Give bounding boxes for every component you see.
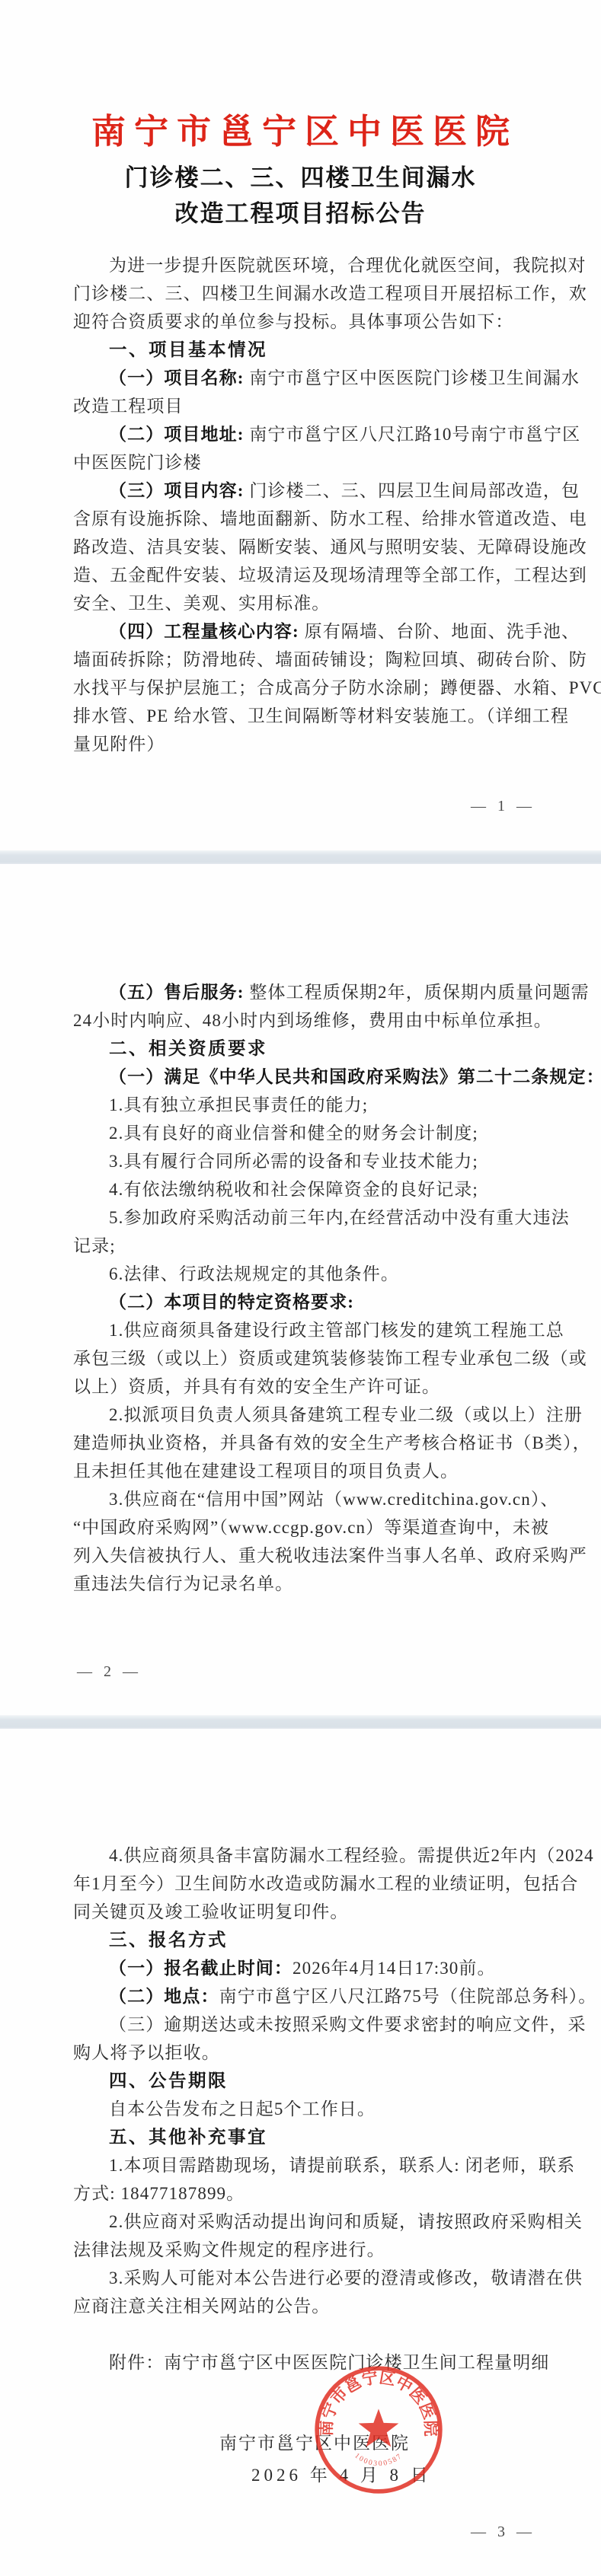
text-segment: 1.本项目需踏勘现场，请提前联系，联系人: 闭老师，联系 — [109, 2156, 575, 2175]
text-line: 五、其他补充事宜 — [73, 2123, 564, 2151]
official-red-seal-stamp: 南宁市邕宁区中医医院 1000300587 — [312, 2364, 445, 2496]
text-segment: 含原有设施拆除、墙地面翻新、防水工程、给排水管道改造、电 — [73, 509, 587, 528]
text-segment: 4.有依法缴纳税收和社会保障资金的良好记录; — [109, 1180, 478, 1199]
text-segment: 3.采购人可能对本公告进行必要的澄清或修改，敬请潜在供 — [109, 2268, 583, 2287]
text-segment: 6.法律、行政法规规定的其他条件。 — [109, 1264, 399, 1283]
hospital-letterhead-title: 南宁市邕宁区中医医院 — [0, 104, 601, 153]
svg-text:1000300587: 1000300587 — [353, 2452, 404, 2469]
text-line: 且未担任其他在建建设工程项目的项目负责人。 — [73, 1457, 564, 1485]
text-segment: 列入失信被执行人、重大税收违法案件当事人名单、政府采购严 — [73, 1546, 587, 1565]
text-line: 1.具有独立承担民事责任的能力; — [73, 1091, 564, 1119]
text-segment: 门诊楼二、三、四层卫生间局部改造，包 — [249, 481, 580, 500]
bold-label-segment: （五）售后服务: — [109, 983, 249, 1002]
text-segment: 五、其他补充事宜 — [109, 2127, 267, 2147]
text-line: 迎符合资质要求的单位参与投标。具体事项公告如下： — [73, 308, 564, 336]
text-line: 方式: 18477187899。 — [73, 2179, 564, 2208]
text-segment: 2.拟派项目负责人须具备建筑工程专业二级（或以上）注册 — [109, 1405, 583, 1424]
text-line: 改造工程项目 — [73, 392, 564, 420]
text-segment: 24小时内响应、48小时内到场维修，费用由中标单位承担。 — [73, 1011, 552, 1030]
text-line: （四）工程量核心内容: 原有隔墙、台阶、地面、洗手池、 — [73, 617, 564, 646]
text-line: 6.法律、行政法规规定的其他条件。 — [73, 1260, 564, 1288]
page1-body-text: 为进一步提升医院就医环境，合理优化就医空间，我院拟对门诊楼二、三、四楼卫生间漏水… — [73, 251, 564, 758]
page1-number: — 1 — — [471, 798, 535, 815]
text-line: 造、五金配件安装、垃圾清运及现场清理等全部工作，工程达到 — [73, 561, 564, 589]
page3-number: — 3 — — [471, 2523, 535, 2541]
text-line: 同关键页及竣工验收证明复印件。 — [73, 1898, 564, 1926]
text-line: 1.供应商须具备建设行政主管部门核发的建筑工程施工总 — [73, 1316, 564, 1344]
text-line: （三）项目内容: 门诊楼二、三、四层卫生间局部改造，包 — [73, 477, 564, 505]
announcement-title-line1: 门诊楼二、三、四楼卫生间漏水 — [0, 160, 601, 196]
page2-number: — 2 — — [77, 1663, 142, 1681]
text-line: 记录; — [73, 1232, 564, 1260]
bold-label-segment: （二）项目地址: — [109, 425, 249, 444]
bold-label-segment: （一）项目名称: — [109, 368, 249, 387]
document-page-3: 4.供应商须具备丰富防漏水工程经验。需提供近2年内（2024年1月至今）卫生间防… — [0, 1729, 601, 2576]
bold-label-segment: （二）本项目的特定资格要求: — [109, 1293, 354, 1312]
text-line: （一）项目名称: 南宁市邕宁区中医医院门诊楼卫生间漏水 — [73, 364, 564, 392]
text-line: （一）报名截止时间：2026年4月14日17:30前。 — [73, 1954, 564, 1982]
text-line: 自本公告发布之日起5个工作日。 — [73, 2095, 564, 2123]
text-line — [73, 2320, 564, 2348]
text-segment: 3.供应商在“信用中国”网站（www.creditchina.gov.cn）、 — [109, 1490, 559, 1509]
scanned-tender-document: { "doc": { "org_title": "南宁市邕宁区中医医院", "s… — [0, 0, 601, 2576]
text-line: 重违法失信行为记录名单。 — [73, 1570, 564, 1598]
text-line: 承包三级（或以上）资质或建筑装修装饰工程专业承包二级（或 — [73, 1344, 564, 1372]
bold-label-segment: （一）满足《中华人民共和国政府采购法》第二十二条规定： — [109, 1067, 601, 1086]
text-segment: 一、项目基本情况 — [109, 340, 267, 359]
signature-date-line: 2026 年 4 月 8 日 — [0, 2461, 601, 2489]
text-line: 应商注意关注相关网站的公告。 — [73, 2292, 564, 2320]
text-segment: 同关键页及竣工验收证明复印件。 — [73, 1902, 349, 1921]
text-line: （三）逾期送达或未按照采购文件要求密封的响应文件，采 — [73, 2010, 564, 2039]
text-line: 排水管、PE 给水管、卫生间隔断等材料安装施工。（详细工程 — [73, 702, 564, 730]
text-segment: 且未担任其他在建建设工程项目的项目负责人。 — [73, 1462, 459, 1481]
text-segment: 为进一步提升医院就医环境，合理优化就医空间，我院拟对 — [109, 256, 587, 275]
text-segment: 自本公告发布之日起5个工作日。 — [109, 2099, 376, 2119]
text-segment: 应商注意关注相关网站的公告。 — [73, 2297, 330, 2316]
text-segment: 2026年4月14日17:30前。 — [293, 1959, 496, 1978]
text-line: （一）满足《中华人民共和国政府采购法》第二十二条规定： — [73, 1063, 564, 1091]
text-segment: 5.参加政府采购活动前三年内,在经营活动中没有重大违法 — [109, 1208, 570, 1227]
document-page-1: 南宁市邕宁区中医医院 门诊楼二、三、四楼卫生间漏水 改造工程项目招标公告 为进一… — [0, 0, 601, 850]
text-line: 4.有依法缴纳税收和社会保障资金的良好记录; — [73, 1175, 564, 1204]
text-segment: 1.具有独立承担民事责任的能力; — [109, 1095, 368, 1114]
text-segment: 四、公告期限 — [109, 2071, 228, 2090]
text-line: 2.具有良好的商业信誉和健全的财务会计制度; — [73, 1119, 564, 1147]
text-line: （二）地点：南宁市邕宁区八尺江路75号（住院部总务科）。 — [73, 1982, 564, 2010]
text-segment: 记录; — [73, 1236, 116, 1255]
bold-label-segment: （三）项目内容: — [109, 481, 249, 500]
text-line: 以上）资质，并具有有效的安全生产许可证。 — [73, 1372, 564, 1401]
text-line: 路改造、洁具安装、隔断安装、通风与照明安装、无障碍设施改 — [73, 533, 564, 561]
text-line: 列入失信被执行人、重大税收违法案件当事人名单、政府采购严 — [73, 1541, 564, 1570]
text-segment: 中医医院门诊楼 — [73, 453, 202, 472]
text-segment: 门诊楼二、三、四楼卫生间漏水改造工程项目开展招标工作，欢 — [73, 284, 587, 303]
text-line: 量见附件） — [73, 730, 564, 758]
text-line: 年1月至今）卫生间防水改造或防漏水工程的业绩证明，包括合 — [73, 1870, 564, 1898]
text-segment: 4.供应商须具备丰富防漏水工程经验。需提供近2年内（2024 — [109, 1846, 594, 1865]
text-line: 墙面砖拆除；防滑地砖、墙面砖铺设；陶粒回填、砌砖台阶、防 — [73, 646, 564, 674]
text-line: 法律法规及采购文件规定的程序进行。 — [73, 2236, 564, 2264]
text-segment: 购人将予以拒收。 — [73, 2043, 220, 2062]
text-line: 二、相关资质要求 — [73, 1035, 564, 1063]
text-segment: 2.具有良好的商业信誉和健全的财务会计制度; — [109, 1124, 478, 1143]
page-separator — [0, 850, 601, 865]
text-segment: 三、报名方式 — [109, 1930, 228, 1950]
text-segment: （三）逾期送达或未按照采购文件要求密封的响应文件，采 — [109, 2015, 587, 2034]
text-line: 为进一步提升医院就医环境，合理优化就医空间，我院拟对 — [73, 251, 564, 279]
text-line: 一、项目基本情况 — [73, 336, 564, 364]
text-segment: 整体工程质保期2年，质保期内质量问题需 — [249, 983, 589, 1002]
bold-label-segment: （四）工程量核心内容: — [109, 622, 305, 641]
text-segment: 南宁市邕宁区中医医院门诊楼卫生间漏水 — [249, 368, 580, 387]
text-segment: 法律法规及采购文件规定的程序进行。 — [73, 2240, 385, 2259]
text-segment: 水找平与保护层施工；合成高分子防水涂刷；蹲便器、水箱、PVC — [73, 678, 601, 697]
text-segment: 南宁市邕宁区八尺江路10号南宁市邕宁区 — [249, 425, 580, 444]
text-segment: 二、相关资质要求 — [109, 1038, 267, 1058]
bold-label-segment: （二）地点： — [109, 1987, 219, 2006]
text-line: 5.参加政府采购活动前三年内,在经营活动中没有重大违法 — [73, 1204, 564, 1232]
text-line: 2.拟派项目负责人须具备建筑工程专业二级（或以上）注册 — [73, 1401, 564, 1429]
text-line: （二）本项目的特定资格要求: — [73, 1288, 564, 1316]
text-line: 建造师执业资格，并具备有效的安全生产考核合格证书（B类）， — [73, 1429, 564, 1457]
text-segment: 改造工程项目 — [73, 397, 184, 416]
text-line: 中医医院门诊楼 — [73, 448, 564, 477]
page2-body-text: （五）售后服务: 整体工程质保期2年，质保期内质量问题需24小时内响应、48小时… — [73, 978, 564, 1598]
text-segment: 南宁市邕宁区八尺江路75号（住院部总务科）。 — [219, 1987, 597, 2006]
text-line: 水找平与保护层施工；合成高分子防水涂刷；蹲便器、水箱、PVC — [73, 674, 564, 702]
text-line: 购人将予以拒收。 — [73, 2039, 564, 2067]
text-line: 三、报名方式 — [73, 1926, 564, 1954]
page3-body-text: 4.供应商须具备丰富防漏水工程经验。需提供近2年内（2024年1月至今）卫生间防… — [73, 1841, 564, 2377]
text-segment: 排水管、PE 给水管、卫生间隔断等材料安装施工。（详细工程 — [73, 706, 569, 725]
text-line: “中国政府采购网”（www.ccgp.gov.cn）等渠道查询中，未被 — [73, 1513, 564, 1541]
text-segment: 1.供应商须具备建设行政主管部门核发的建筑工程施工总 — [109, 1321, 564, 1340]
seal-star-icon — [359, 2409, 399, 2447]
text-segment: 方式: 18477187899。 — [73, 2184, 245, 2203]
text-segment: 造、五金配件安装、垃圾清运及现场清理等全部工作，工程达到 — [73, 566, 587, 585]
document-page-2: （五）售后服务: 整体工程质保期2年，质保期内质量问题需24小时内响应、48小时… — [0, 864, 601, 1715]
text-line: 门诊楼二、三、四楼卫生间漏水改造工程项目开展招标工作，欢 — [73, 279, 564, 308]
page-separator — [0, 1715, 601, 1730]
text-segment: 以上）资质，并具有有效的安全生产许可证。 — [73, 1377, 440, 1396]
text-line: 四、公告期限 — [73, 2067, 564, 2095]
seal-code-digits: 1000300587 — [353, 2452, 404, 2469]
text-line: 4.供应商须具备丰富防漏水工程经验。需提供近2年内（2024 — [73, 1841, 564, 1870]
text-segment: 承包三级（或以上）资质或建筑装修装饰工程专业承包二级（或 — [73, 1349, 587, 1368]
text-line: 3.采购人可能对本公告进行必要的澄清或修改，敬请潜在供 — [73, 2264, 564, 2292]
text-segment: 3.具有履行合同所必需的设备和专业技术能力; — [109, 1152, 478, 1171]
announcement-title: 门诊楼二、三、四楼卫生间漏水 改造工程项目招标公告 — [0, 160, 601, 231]
text-line: 24小时内响应、48小时内到场维修，费用由中标单位承担。 — [73, 1006, 564, 1035]
text-segment: 年1月至今）卫生间防水改造或防漏水工程的业绩证明，包括合 — [73, 1874, 578, 1893]
text-line: 安全、卫生、美观、实用标准。 — [73, 589, 564, 617]
text-line: 3.具有履行合同所必需的设备和专业技术能力; — [73, 1147, 564, 1175]
announcement-title-line2: 改造工程项目招标公告 — [0, 196, 601, 231]
text-line: 2.供应商对采购活动提出询问和质疑，请按照政府采购相关 — [73, 2208, 564, 2236]
text-segment: 路改造、洁具安装、隔断安装、通风与照明安装、无障碍设施改 — [73, 537, 587, 556]
text-line: 1.本项目需踏勘现场，请提前联系，联系人: 闭老师，联系 — [73, 2151, 564, 2179]
text-segment: 建造师执业资格，并具备有效的安全生产考核合格证书（B类）， — [73, 1433, 591, 1452]
text-segment: 量见附件） — [73, 735, 165, 754]
text-segment: 2.供应商对采购活动提出询问和质疑，请按照政府采购相关 — [109, 2212, 583, 2231]
text-segment: 墙面砖拆除；防滑地砖、墙面砖铺设；陶粒回填、砌砖台阶、防 — [73, 650, 587, 669]
text-segment: 重违法失信行为记录名单。 — [73, 1574, 293, 1593]
text-segment: 安全、卫生、美观、实用标准。 — [73, 594, 330, 613]
text-line: 含原有设施拆除、墙地面翻新、防水工程、给排水管道改造、电 — [73, 505, 564, 533]
text-segment: 原有隔墙、台阶、地面、洗手池、 — [305, 622, 580, 641]
text-segment: “中国政府采购网”（www.ccgp.gov.cn）等渠道查询中，未被 — [73, 1518, 549, 1537]
text-line: 3.供应商在“信用中国”网站（www.creditchina.gov.cn）、 — [73, 1485, 564, 1513]
text-line: （五）售后服务: 整体工程质保期2年，质保期内质量问题需 — [73, 978, 564, 1006]
text-segment: 迎符合资质要求的单位参与投标。具体事项公告如下： — [73, 312, 513, 331]
bold-label-segment: （一）报名截止时间： — [109, 1959, 293, 1978]
text-line: （二）项目地址: 南宁市邕宁区八尺江路10号南宁市邕宁区 — [73, 420, 564, 448]
